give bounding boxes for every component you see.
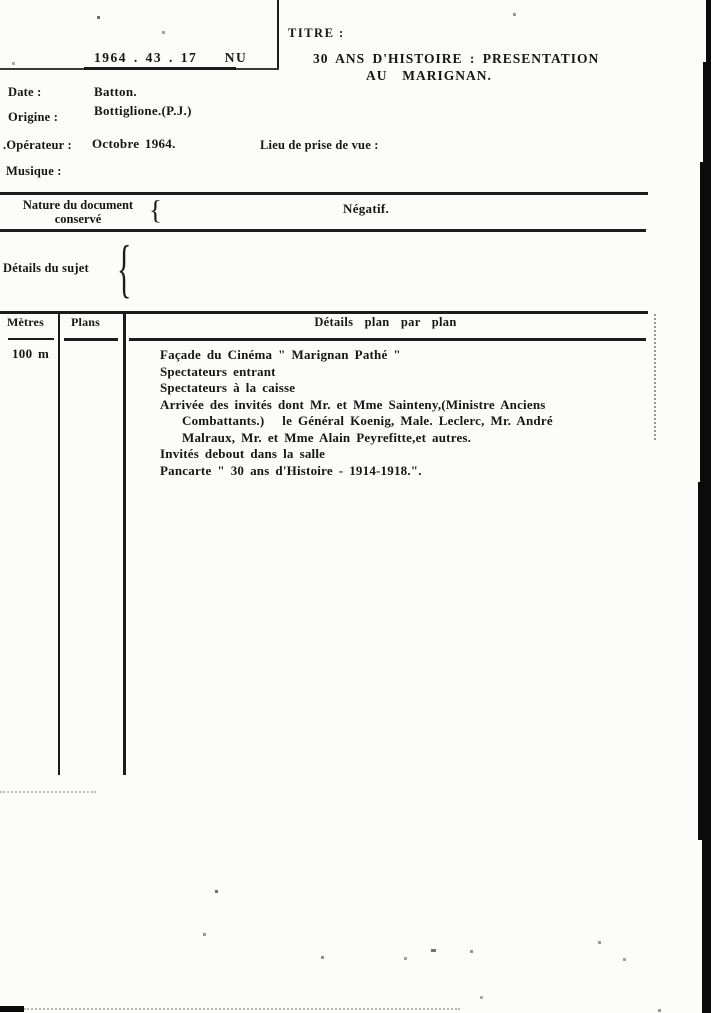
- reference-number: 1964 . 43 . 17 NU: [94, 50, 247, 66]
- scan-edge-bar: [702, 840, 711, 1013]
- header-underline-details: [129, 338, 646, 341]
- operateur-value: Octobre 1964.: [92, 136, 176, 152]
- origine-value: Bottiglione.(P.J.): [94, 103, 192, 119]
- scan-edge-bottom-left: [0, 1006, 24, 1012]
- musique-label: Musique :: [6, 164, 62, 179]
- rule-below-nature: [0, 229, 646, 232]
- titre-label: TITRE :: [288, 26, 345, 41]
- lieu-label: Lieu de prise de vue :: [260, 138, 379, 153]
- table-top-border: [0, 311, 648, 314]
- scan-edge-bar: [698, 482, 711, 840]
- details-sujet-label: Détails du sujet: [3, 261, 89, 276]
- plan-line: Façade du Cinéma " Marignan Pathé ": [160, 347, 670, 364]
- plan-line: Invités debout dans la salle: [160, 446, 670, 463]
- nature-label-line1: Nature du document: [10, 199, 146, 213]
- title-line1: 30 ANS D'HISTOIRE : PRESENTATION: [313, 51, 599, 67]
- nature-label: Nature du document conservé: [10, 199, 146, 226]
- date-value: Batton.: [94, 84, 137, 100]
- scan-edge-bar: [706, 0, 711, 62]
- operateur-label: .Opérateur :: [3, 138, 72, 153]
- plan-line: Spectateurs entrant: [160, 364, 670, 381]
- plan-line: Combattants.) le Général Koenig, Male. L…: [160, 413, 670, 430]
- plan-details-text: Façade du Cinéma " Marignan Pathé " Spec…: [160, 347, 670, 479]
- faded-line-fragment: [0, 791, 96, 793]
- table-vline-metres: [58, 311, 60, 775]
- date-label: Date :: [8, 85, 41, 100]
- plan-line: Malraux, Mr. et Mme Alain Peyrefitte,et …: [160, 430, 670, 447]
- nature-value: Négatif.: [343, 201, 389, 217]
- header-underline-metres: [8, 338, 54, 340]
- table-vline-plans: [123, 311, 126, 775]
- plan-line: Arrivée des invités dont Mr. et Mme Sain…: [160, 397, 670, 414]
- origine-label: Origine :: [8, 110, 58, 125]
- col-header-plans: Plans: [71, 315, 100, 330]
- nature-label-line2: conservé: [10, 213, 146, 227]
- ref-number-underline: [84, 67, 236, 70]
- scanned-archive-form: 1964 . 43 . 17 NU TITRE : 30 ANS D'HISTO…: [0, 0, 711, 1013]
- header-underline-plans: [64, 338, 118, 341]
- ref-box-right-border: [277, 0, 279, 69]
- metres-value: 100 m: [12, 346, 49, 362]
- plan-line: Pancarte " 30 ans d'Histoire - 1914-1918…: [160, 463, 670, 480]
- scan-edge-bar: [703, 62, 711, 162]
- title-line2: AU MARIGNAN.: [366, 68, 492, 84]
- col-header-details: Détails plan par plan: [123, 315, 648, 330]
- details-sujet-brace: {: [117, 237, 131, 301]
- scan-edge-bottom-dots: [24, 1008, 460, 1010]
- scan-edge-bar: [700, 162, 711, 482]
- rule-above-nature: [0, 192, 648, 195]
- plan-line: Spectateurs à la caisse: [160, 380, 670, 397]
- col-header-metres: Mètres: [7, 315, 44, 330]
- nature-brace: {: [149, 197, 162, 224]
